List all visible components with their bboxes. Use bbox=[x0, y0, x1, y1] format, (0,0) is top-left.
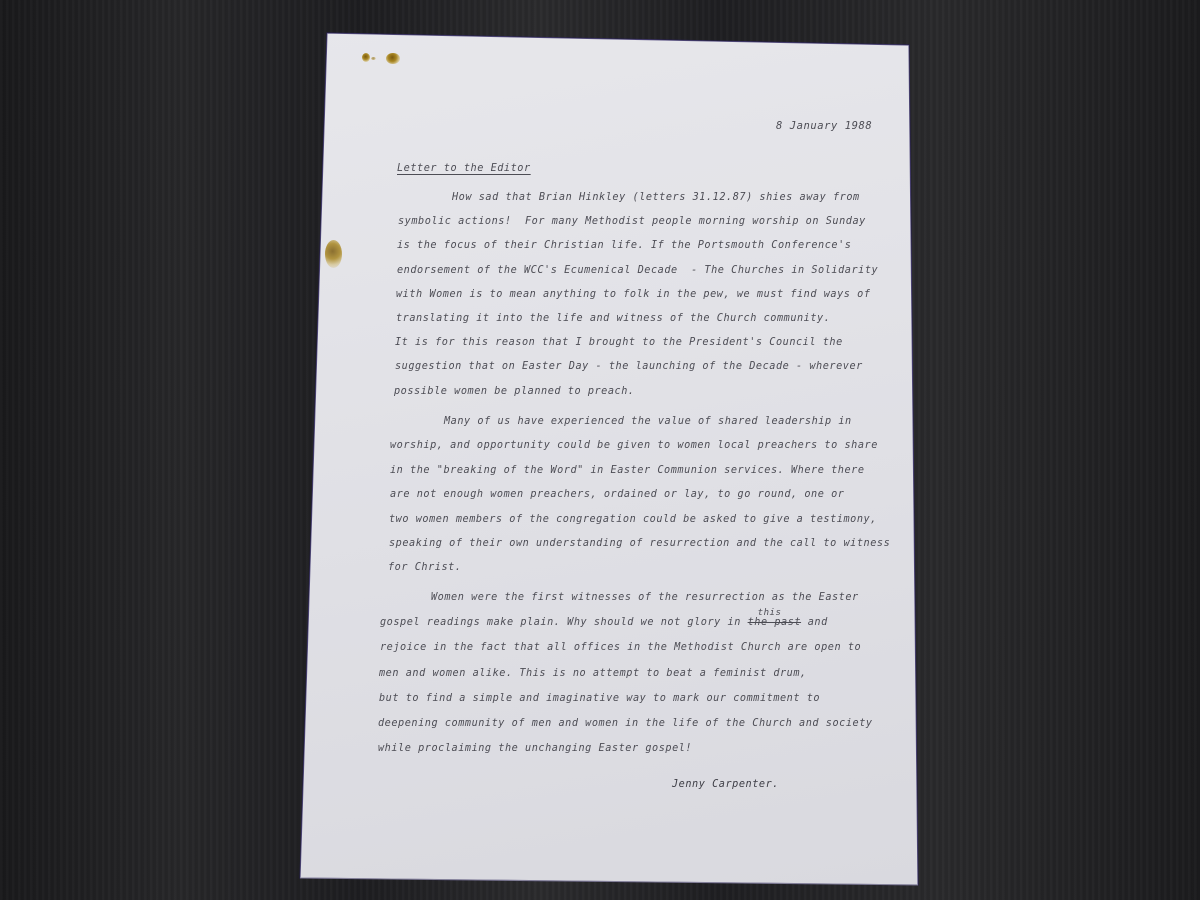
letter-line: suggestion that on Easter Day - the laun… bbox=[395, 361, 863, 372]
letter-line: speaking of their own understanding of r… bbox=[389, 538, 890, 549]
letter-line: is the focus of their Christian life. If… bbox=[397, 240, 851, 251]
letter-line: with Women is to mean anything to folk i… bbox=[396, 289, 871, 300]
letter-line: deepening community of men and women in … bbox=[378, 718, 873, 729]
letter-line: Many of us have experienced the value of… bbox=[444, 416, 852, 427]
letter-line: while proclaiming the unchanging Easter … bbox=[378, 743, 692, 754]
letter-line: worship, and opportunity could be given … bbox=[390, 440, 878, 451]
letter-line: endorsement of the WCC's Ecumenical Deca… bbox=[397, 265, 878, 276]
letter-date: 8 January 1988 bbox=[776, 120, 872, 132]
inserted-correction: this bbox=[758, 608, 782, 618]
struck-text: the pastthis bbox=[748, 617, 801, 628]
letter-line: possible women be planned to preach. bbox=[394, 386, 635, 397]
letter-line: in the "breaking of the Word" in Easter … bbox=[390, 465, 865, 476]
letter-line: How sad that Brian Hinkley (letters 31.1… bbox=[452, 192, 860, 203]
letter-line: rejoice in the fact that all offices in … bbox=[380, 642, 861, 653]
letter-line: It is for this reason that I brought to … bbox=[395, 337, 843, 348]
letter-line: translating it into the life and witness… bbox=[396, 313, 830, 324]
signature: Jenny Carpenter. bbox=[672, 779, 779, 790]
letter-line: Women were the first witnesses of the re… bbox=[431, 592, 859, 603]
letter-body: 8 January 1988 Letter to the Editor How … bbox=[0, 0, 1200, 900]
letter-line: are not enough women preachers, ordained… bbox=[390, 489, 844, 500]
letter-line: men and women alike. This is no attempt … bbox=[379, 668, 807, 679]
letter-line: two women members of the congregation co… bbox=[389, 514, 877, 525]
letter-line: symbolic actions! For many Methodist peo… bbox=[398, 216, 866, 227]
letter-heading: Letter to the Editor bbox=[397, 163, 531, 174]
letter-line: but to find a simple and imaginative way… bbox=[379, 693, 820, 704]
letter-line: gospel readings make plain. Why should w… bbox=[380, 617, 828, 628]
letter-line: for Christ. bbox=[388, 562, 462, 573]
